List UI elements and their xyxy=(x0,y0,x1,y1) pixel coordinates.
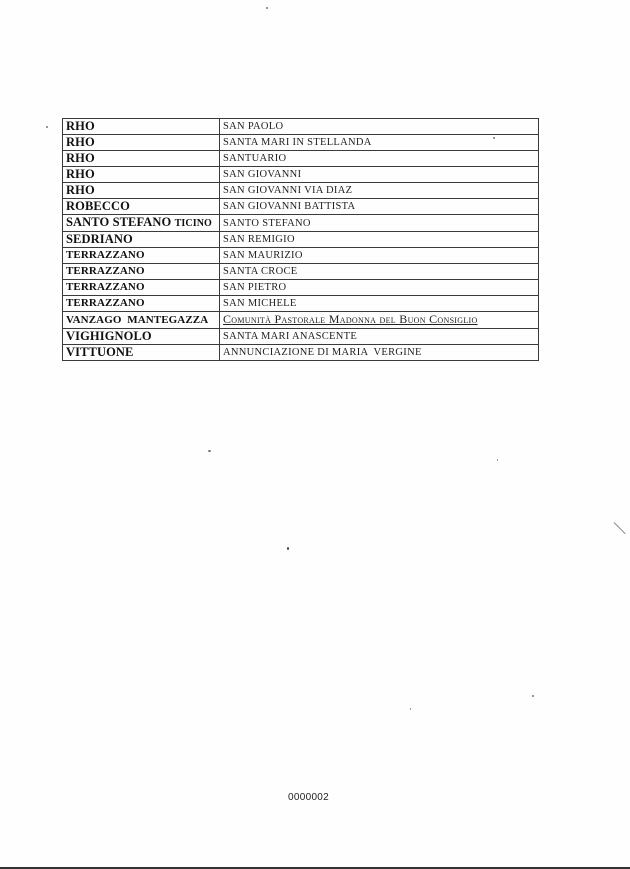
town-cell: SANTO STEFANO TICINO xyxy=(63,215,220,232)
town-cell: TERRAZZANO xyxy=(63,296,220,312)
table-row: RHO SAN GIOVANNI xyxy=(63,167,539,183)
town-cell: RHO xyxy=(63,135,220,151)
scan-speck xyxy=(532,695,534,697)
parish-cell: SANTO STEFANO xyxy=(220,215,539,232)
table-row: RHO SAN PAOLO xyxy=(63,119,539,135)
scan-speck xyxy=(410,708,411,710)
town-cell: RHO xyxy=(63,151,220,167)
table-row: ROBECCO SAN GIOVANNI BATTISTA xyxy=(63,199,539,215)
table-row: VANZAGO MANTEGAZZA Comunità Pastorale Ma… xyxy=(63,312,539,329)
table-row: TERRAZZANO SAN MAURIZIO xyxy=(63,248,539,264)
parish-name: Comunità Pastorale Madonna del Buon Cons… xyxy=(223,312,478,326)
town-cell: TERRAZZANO xyxy=(63,264,220,280)
parish-cell: SAN GIOVANNI BATTISTA xyxy=(220,199,539,215)
town-cell: TERRAZZANO xyxy=(63,280,220,296)
parish-table: RHO SAN PAOLO RHO SANTA MARI IN STELLAND… xyxy=(62,118,539,361)
page-number: 0000002 xyxy=(288,792,329,803)
parish-cell: SAN PAOLO xyxy=(220,119,539,135)
table-row: VITTUONE ANNUNCIAZIONE DI MARIA VERGINE xyxy=(63,345,539,361)
scan-speck xyxy=(266,7,268,9)
town-cell: RHO xyxy=(63,119,220,135)
table-row: TERRAZZANO SAN MICHELE xyxy=(63,296,539,312)
table-row: RHO SAN GIOVANNI VIA DIAZ xyxy=(63,183,539,199)
scan-speck xyxy=(46,126,48,128)
scanned-page: RHO SAN PAOLO RHO SANTA MARI IN STELLAND… xyxy=(0,0,630,869)
parish-cell: SAN PIETRO xyxy=(220,280,539,296)
town-cell: SEDRIANO xyxy=(63,232,220,248)
scan-speck xyxy=(287,547,289,550)
scan-speck xyxy=(497,459,498,461)
table-row: SANTO STEFANO TICINO SANTO STEFANO xyxy=(63,215,539,232)
parish-cell: SAN GIOVANNI xyxy=(220,167,539,183)
parish-cell: SAN MICHELE xyxy=(220,296,539,312)
parish-cell: Comunità Pastorale Madonna del Buon Cons… xyxy=(220,312,539,329)
town-cell: VIGHIGNOLO xyxy=(63,329,220,345)
table-row: TERRAZZANO SAN PIETRO xyxy=(63,280,539,296)
table-row: SEDRIANO SAN REMIGIO xyxy=(63,232,539,248)
parish-cell: SANTA MARI ANASCENTE xyxy=(220,329,539,345)
town-suffix: TICINO xyxy=(175,218,212,229)
parish-cell: ANNUNCIAZIONE DI MARIA VERGINE xyxy=(220,345,539,361)
parish-cell: SAN MAURIZIO xyxy=(220,248,539,264)
table-row: VIGHIGNOLO SANTA MARI ANASCENTE xyxy=(63,329,539,345)
parish-cell: SAN GIOVANNI VIA DIAZ xyxy=(220,183,539,199)
table-row: RHO SANTUARIO xyxy=(63,151,539,167)
table-row: RHO SANTA MARI IN STELLANDA xyxy=(63,135,539,151)
parish-cell: SANTA MARI IN STELLANDA xyxy=(220,135,539,151)
town-cell: ROBECCO xyxy=(63,199,220,215)
town-name: SANTO STEFANO xyxy=(66,215,171,229)
scan-speck xyxy=(208,450,211,452)
table-row: TERRAZZANO SANTA CROCE xyxy=(63,264,539,280)
parish-cell: SANTUARIO xyxy=(220,151,539,167)
town-cell: RHO xyxy=(63,183,220,199)
parish-cell: SANTA CROCE xyxy=(220,264,539,280)
scan-speck xyxy=(493,137,495,139)
town-cell: RHO xyxy=(63,167,220,183)
parish-cell: SAN REMIGIO xyxy=(220,232,539,248)
scan-scratch xyxy=(614,522,626,534)
town-cell: VANZAGO MANTEGAZZA xyxy=(63,312,220,329)
town-cell: VITTUONE xyxy=(63,345,220,361)
town-cell: TERRAZZANO xyxy=(63,248,220,264)
